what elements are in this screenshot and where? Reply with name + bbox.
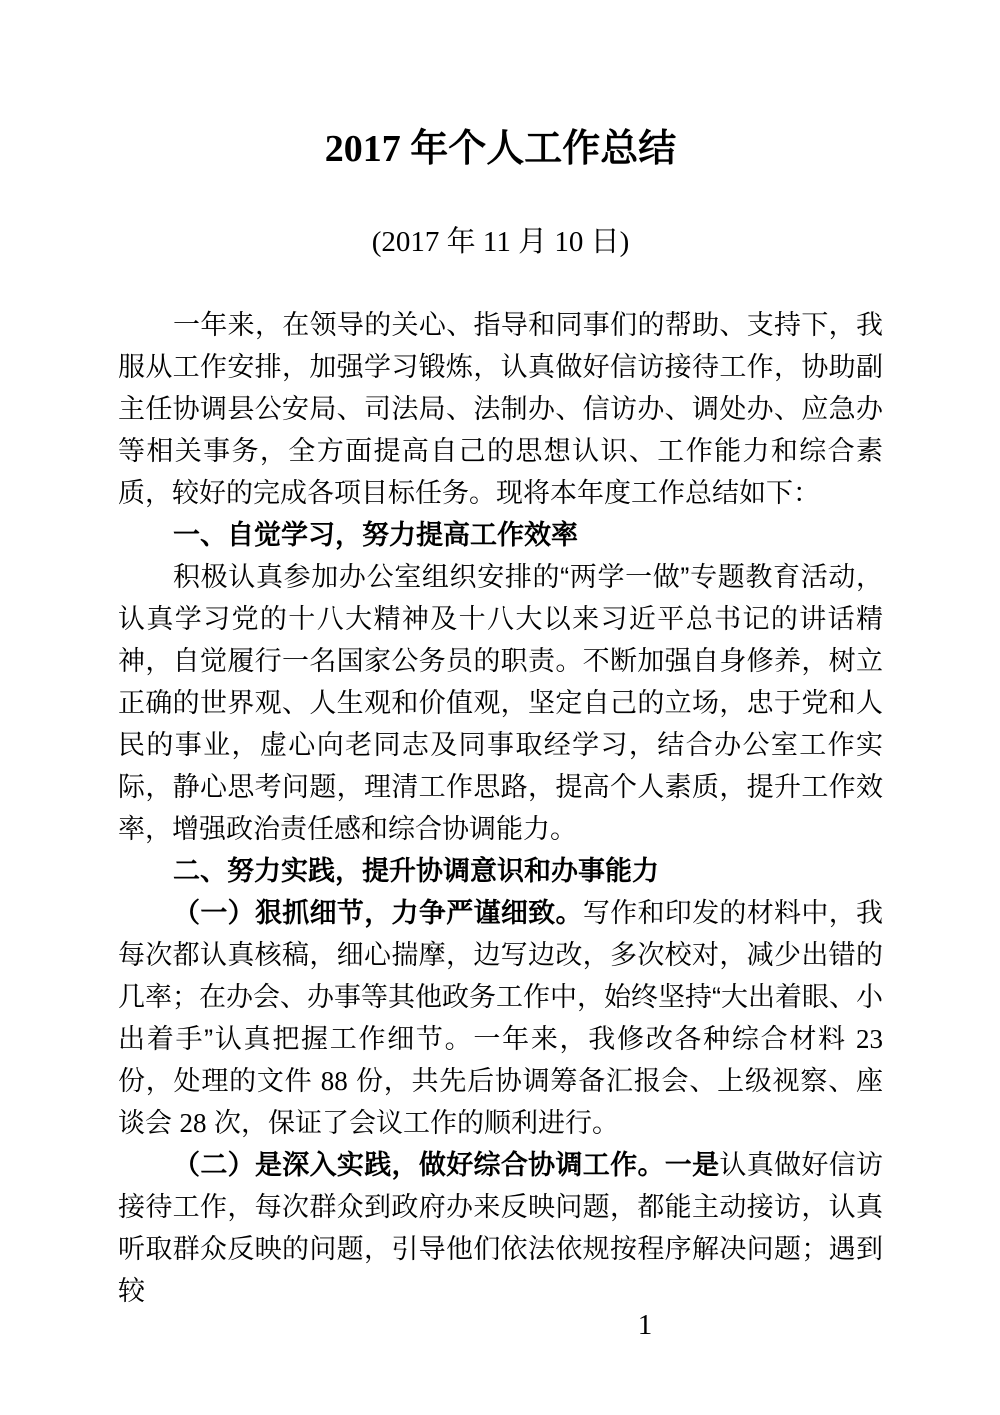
document-body: 一年来，在领导的关心、指导和同事们的帮助、支持下，我服从工作安排，加强学习锻炼，… (118, 304, 883, 1312)
paragraph-item-2: （二）是深入实践，做好综合协调工作。一是认真做好信访接待工作，每次群众到政府办来… (118, 1144, 883, 1312)
document-date: (2017 年 11 月 10 日) (118, 222, 883, 262)
paragraph-section-1: 积极认真参加办公室组织安排的“两学一做”专题教育活动，认真学习党的十八大精神及十… (118, 556, 883, 850)
paragraph-intro: 一年来，在领导的关心、指导和同事们的帮助、支持下，我服从工作安排，加强学习锻炼，… (118, 304, 883, 514)
page-number: 1 (600, 1308, 690, 1342)
text-run: 积极认真参加办公室组织安排的“两学一做”专题教育活动，认真学习党的十八大精神及十… (118, 562, 883, 844)
number-text-run: 2017 (325, 128, 411, 170)
section-heading-1: 一、自觉学习，努力提高工作效率 (118, 514, 883, 556)
bold-text-run: （二）是深入实践，做好综合协调工作。一是 (173, 1150, 719, 1180)
bold-text-run: 二、努力实践，提升协调意识和办事能力 (173, 856, 659, 886)
number-text-run: 28 (180, 1108, 207, 1138)
text-run: 一年来，在领导的关心、指导和同事们的帮助、支持下，我服从工作安排，加强学习锻炼，… (118, 310, 883, 508)
document-title: 2017 年个人工作总结 (118, 0, 883, 172)
number-text-run: 88 (321, 1066, 348, 1096)
section-heading-2: 二、努力实践，提升协调意识和办事能力 (118, 850, 883, 892)
text-run: 次，保证了会议工作的顺利进行。 (207, 1108, 620, 1138)
bold-text-run: （一）狠抓细节，力争严谨细致。 (173, 898, 583, 928)
document-page: 2017 年个人工作总结 (2017 年 11 月 10 日) 一年来，在领导的… (0, 0, 1000, 1415)
text-run: 年个人工作总结 (410, 128, 676, 170)
number-text-run: 23 (856, 1024, 883, 1054)
paragraph-item-1: （一）狠抓细节，力争严谨细致。写作和印发的材料中，我每次都认真核稿，细心揣摩，边… (118, 892, 883, 1144)
text-run: 份，处理的文件 (118, 1066, 321, 1096)
text-run: (2017 年 11 月 10 日) (372, 226, 630, 258)
bold-text-run: 一、自觉学习，努力提高工作效率 (173, 520, 578, 550)
document-content: 2017 年个人工作总结 (2017 年 11 月 10 日) 一年来，在领导的… (0, 0, 1000, 1312)
